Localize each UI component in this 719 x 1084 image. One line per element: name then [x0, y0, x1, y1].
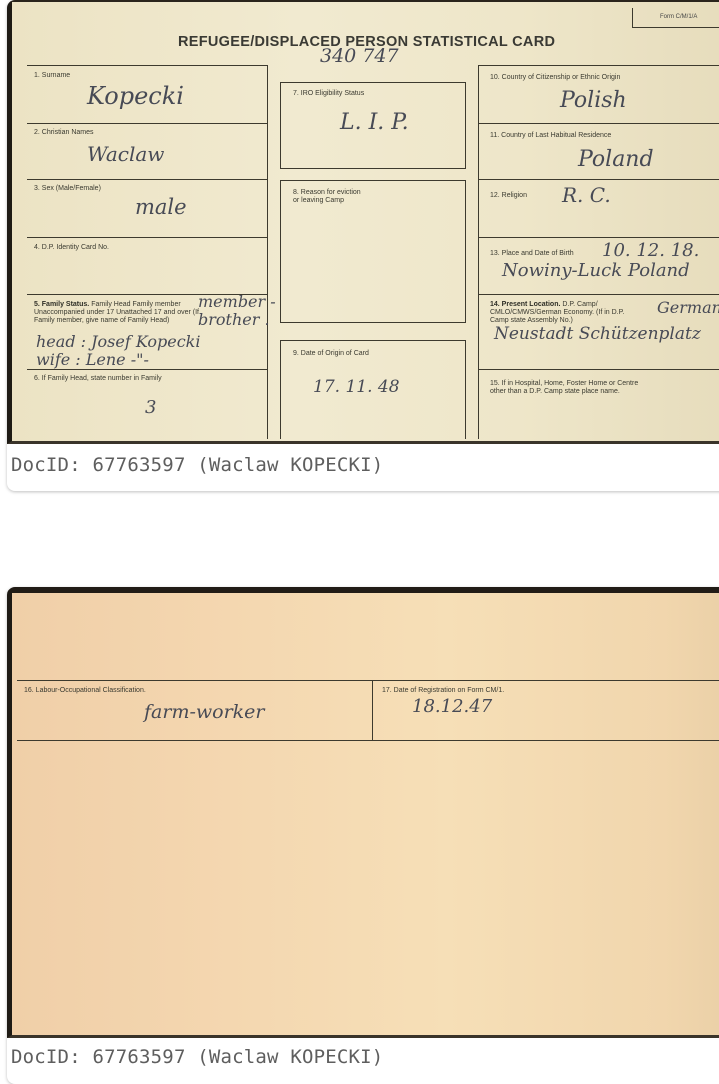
label-dp-identity: 4. D.P. Identity Card No.	[34, 244, 109, 252]
label-sex: 3. Sex (Male/Female)	[34, 185, 101, 193]
value-religion: R. C.	[562, 183, 611, 207]
label-religion: 12. Religion	[490, 192, 527, 200]
label-citizenship: 10. Country of Citizenship or Ethnic Ori…	[490, 74, 630, 82]
value-date-origin: 17. 11. 48	[313, 377, 400, 397]
value-christian-names: Waclaw	[87, 142, 164, 166]
value-birth-place: Nowiny-Luck Poland	[502, 260, 690, 281]
label-labour: 16. Labour-Occupational Classification.	[24, 687, 146, 695]
value-family-wife: wife : Lene -"-	[36, 350, 149, 369]
value-family-status-1: member -	[198, 292, 276, 311]
value-registration: 18.12.47	[412, 696, 492, 717]
scan-front-image[interactable]: Form C/M/1/A REFUGEE/DISPLACED PERSON ST…	[7, 0, 719, 444]
value-citizenship: Polish	[560, 88, 627, 113]
document-card-back: 16. Labour-Occupational Classification. …	[7, 587, 719, 1084]
label-iro-eligibility: 7. IRO Eligibility Status	[293, 90, 373, 98]
value-present-location-camp: Neustadt Schützenplatz	[494, 324, 701, 344]
value-family-status-2: brother .	[198, 310, 270, 329]
value-present-location-country: Germany	[657, 298, 719, 317]
form-code: Form C/M/1/A	[660, 14, 697, 20]
label-hospital: 15. If in Hospital, Home, Foster Home or…	[490, 380, 640, 396]
label-present-location: 14. Present Location. D.P. Camp/ CMLO/CM…	[490, 301, 635, 325]
value-labour: farm-worker	[144, 701, 265, 723]
label-reason-eviction: 8. Reason for eviction or leaving Camp	[293, 189, 363, 205]
doc-caption-front: DocID: 67763597 (Waclaw KOPECKI)	[11, 454, 383, 476]
label-registration: 17. Date of Registration on Form CM/1.	[382, 687, 504, 695]
label-surname: 1. Surname	[34, 72, 70, 80]
value-sex: male	[135, 195, 187, 219]
card-number: 340 747	[320, 45, 399, 67]
scan-back-image[interactable]: 16. Labour-Occupational Classification. …	[7, 587, 719, 1038]
value-surname: Kopecki	[87, 82, 184, 110]
value-last-residence: Poland	[578, 147, 654, 172]
label-christian-names: 2. Christian Names	[34, 129, 94, 137]
value-family-head: head : Josef Kopecki	[36, 332, 201, 351]
doc-caption-back: DocID: 67763597 (Waclaw KOPECKI)	[11, 1046, 383, 1068]
label-family-number: 6. If Family Head, state number in Famil…	[34, 375, 194, 383]
document-card-front: Form C/M/1/A REFUGEE/DISPLACED PERSON ST…	[7, 0, 719, 491]
label-family-status: 5. Family Status. Family Head Family mem…	[34, 301, 202, 325]
label-date-origin: 9. Date of Origin of Card	[293, 350, 373, 358]
value-birth-date: 10. 12. 18.	[602, 240, 699, 261]
label-last-residence: 11. Country of Last Habitual Residence	[490, 132, 611, 140]
label-birth: 13. Place and Date of Birth	[490, 250, 574, 258]
value-iro-eligibility: L. I. P.	[340, 110, 409, 135]
value-family-number: 3	[145, 397, 156, 418]
